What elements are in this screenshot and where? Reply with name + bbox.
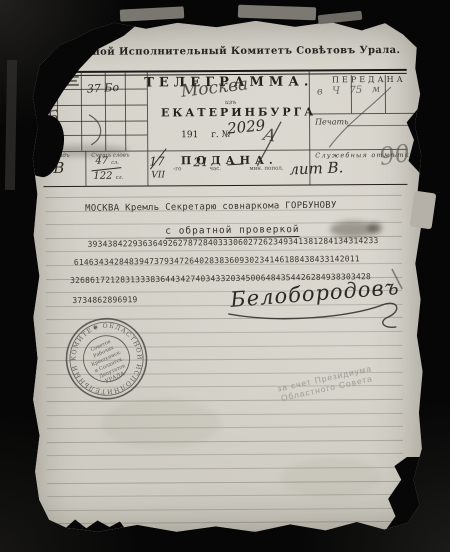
pencil-tick (392, 269, 402, 289)
signature-swoosh (228, 303, 397, 328)
seal-stroke (329, 87, 391, 147)
corner-squiggle (89, 115, 101, 145)
flourish-slash (257, 122, 281, 166)
paper-shard (238, 5, 316, 21)
scanned-telegram-document: Областной Исполнительный Комитетъ Совѣто… (0, 0, 450, 552)
telegram-paper: Областной Исполнительный Комитетъ Совѣто… (28, 17, 423, 533)
handwriting-strokes (28, 17, 423, 533)
